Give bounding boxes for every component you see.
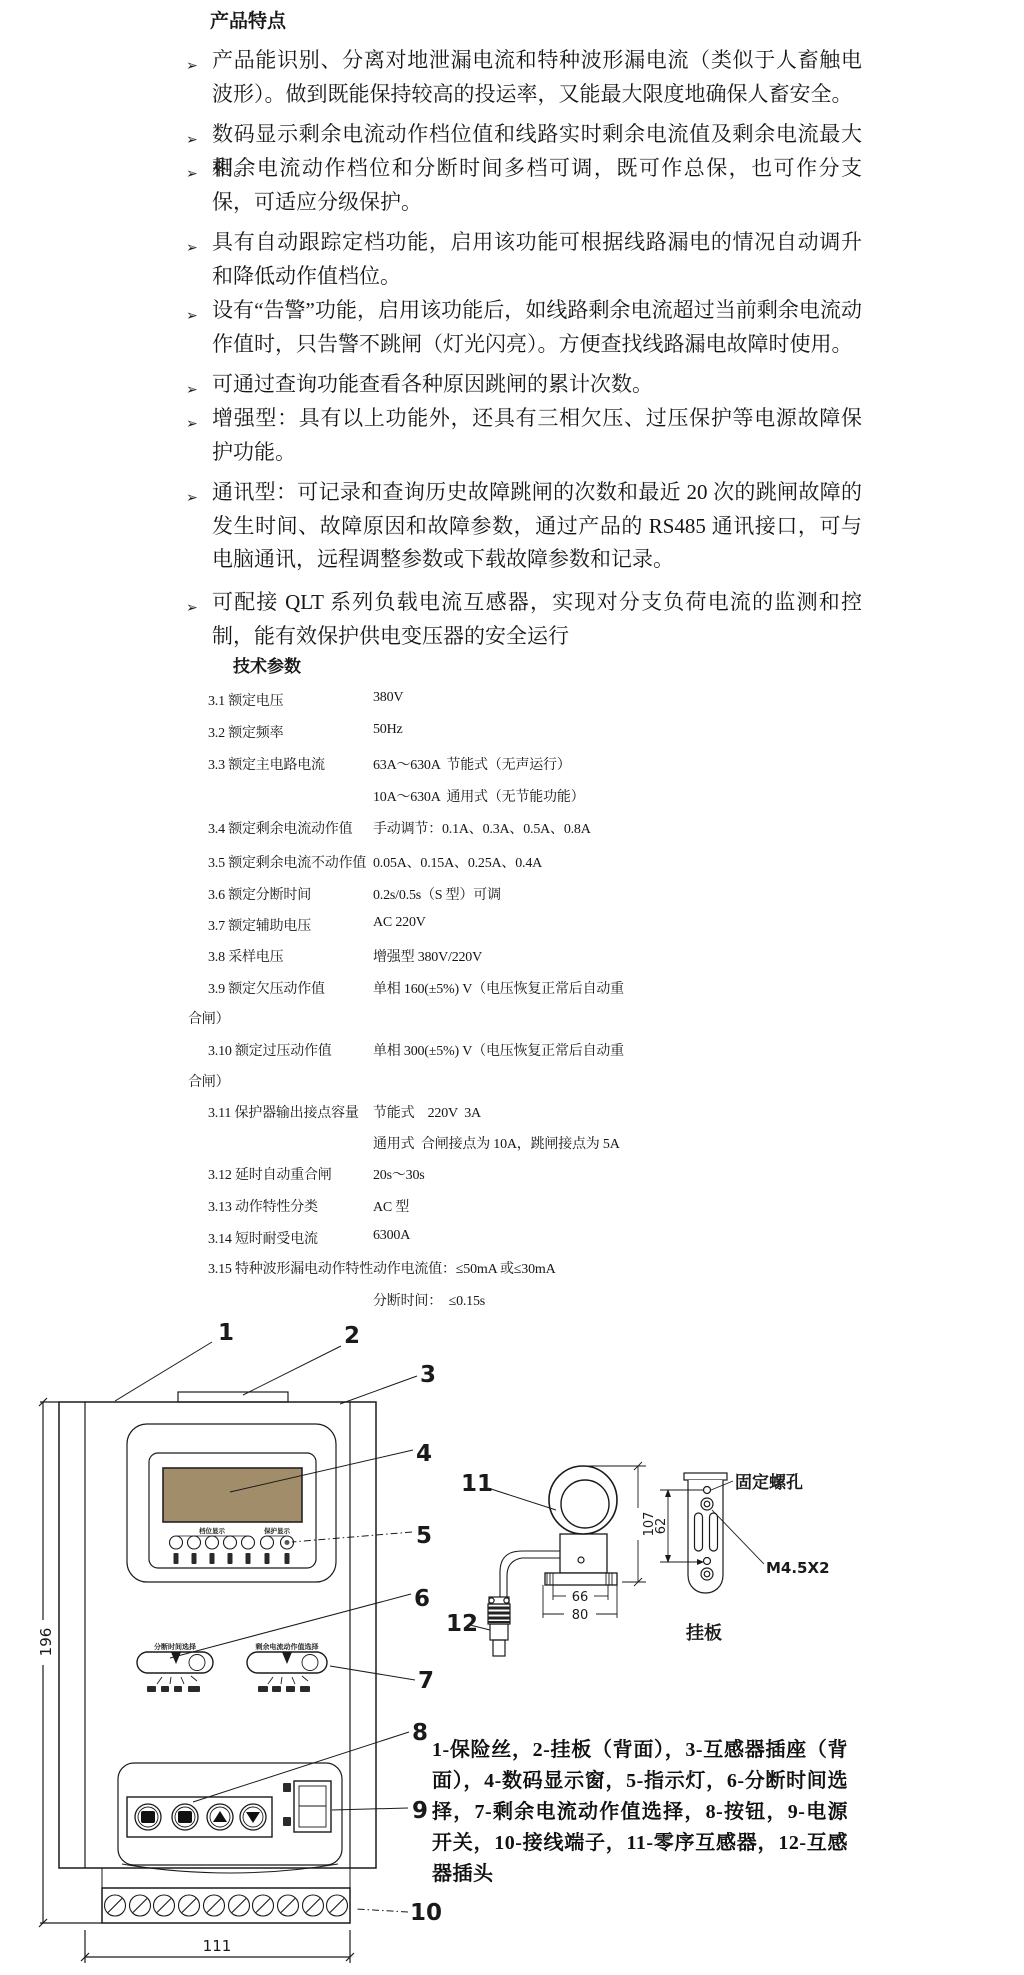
- feature-text: 剩余电流动作档位和分断时间多档可调，既可作总保，也可作分支保，可适应分级保护。: [212, 152, 862, 219]
- power-switch: [283, 1781, 331, 1832]
- terminal-screws: [105, 1895, 348, 1916]
- display-group-right-label: 保护显示: [264, 1526, 291, 1535]
- feature-text: 可配接 QLT 系列负载电流互感器，实现对分支负荷电流的监测和控制，能有效保护供…: [212, 586, 862, 653]
- feature-text: 通讯型：可记录和查询历史故障跳闸的次数和最近 20 次的跳闸故障的发生时间、故障…: [212, 476, 862, 577]
- param-row: 3.10 额定过压动作值单相 300(±5%) V（电压恢复正常后自动重: [0, 1040, 1024, 1070]
- switch-left-label: 分断时间选择: [153, 1642, 196, 1651]
- dim-hole-spacing: 62: [654, 1518, 669, 1535]
- param-value: 63A～630A 节能式（无声运行）: [373, 754, 571, 774]
- hanger-plate: 62 固定螺孔 M4.5X2 挂板: [654, 1472, 830, 1643]
- feature-item: ➢设有“告警”功能，启用该功能后，如线路剩余电流超过当前剩余电流动作值时，只告警…: [186, 294, 862, 361]
- param-row: 3.13 动作特性分类AC 型: [0, 1196, 1024, 1226]
- dim-device-height: 196: [37, 1628, 55, 1657]
- feature-text: 产品能识别、分离对地泄漏电流和特种波形漏电流（类似于人畜触电波形）。做到既能保持…: [212, 44, 862, 111]
- display-group-left-label: 档位显示: [199, 1526, 226, 1535]
- feature-item: ➢通讯型：可记录和查询历史故障跳闸的次数和最近 20 次的跳闸故障的发生时间、故…: [186, 476, 862, 577]
- feature-item: ➢可配接 QLT 系列负载电流互感器，实现对分支负荷电流的监测和控制，能有效保护…: [186, 586, 862, 653]
- param-value: 单相 300(±5%) V（电压恢复正常后自动重: [373, 1040, 624, 1060]
- callout-4: 4: [416, 1441, 432, 1467]
- terminal-block: [102, 1868, 350, 1923]
- param-label: 合闸）: [188, 1071, 229, 1091]
- residual-current-switch: 剩余电流动作值选择: [247, 1642, 327, 1692]
- param-label: 3.15 特种波形漏电动作特性: [208, 1258, 373, 1278]
- callout-5: 5: [416, 1523, 432, 1549]
- param-label: 3.12 延时自动重合闸: [208, 1164, 332, 1184]
- feature-item: ➢具有自动跟踪定档功能，启用该功能可根据线路漏电的情况自动调升和降低动作值档位。: [186, 226, 862, 293]
- param-row: 3.15 特种波形漏电动作特性动作电流值：≤50mA 或≤30mA: [0, 1258, 1024, 1288]
- param-value: AC 型: [373, 1196, 409, 1216]
- down-arrow-button-icon: [246, 1812, 260, 1823]
- param-row: 通用式 合闸接点为 10A，跳闸接点为 5A: [0, 1133, 1024, 1163]
- indicator-lights: [170, 1536, 294, 1549]
- param-row: 3.11 保护器输出接点容量节能式 220V 3A: [0, 1102, 1024, 1132]
- param-row: 3.4 额定剩余电流动作值手动调节：0.1A、0.3A、0.5A、0.8A: [0, 818, 1024, 848]
- param-row: 3.1 额定电压380V: [0, 690, 1024, 720]
- callout-11: 11: [461, 1471, 493, 1497]
- param-row: 3.14 短时耐受电流6300A: [0, 1228, 1024, 1258]
- callout-7: 7: [418, 1668, 434, 1694]
- bullet-arrow-icon: ➢: [186, 152, 212, 219]
- zero-sequence-transformer: 66 80 107: [488, 1462, 657, 1656]
- param-label: 3.4 额定剩余电流动作值: [208, 818, 352, 838]
- param-label: 3.7 额定辅助电压: [208, 915, 311, 935]
- callout-9: 9: [412, 1798, 428, 1824]
- feature-item: ➢剩余电流动作档位和分断时间多档可调，既可作总保，也可作分支保，可适应分级保护。: [186, 152, 862, 219]
- feature-text: 增强型：具有以上功能外，还具有三相欠压、过压保护等电源故障保护功能。: [212, 402, 862, 469]
- dim-device-width: 111: [203, 1937, 232, 1955]
- param-row-continuation: 合闸）: [0, 1071, 1024, 1101]
- param-label: 合闸）: [188, 1008, 229, 1028]
- screw-spec-label: M4.5X2: [766, 1559, 830, 1577]
- fixing-hole-label: 固定螺孔: [735, 1472, 803, 1492]
- diagram-legend: 1-保险丝，2-挂板（背面），3-互感器插座（背面），4-数码显示窗，5-指示灯…: [432, 1735, 848, 1890]
- param-label: 3.6 额定分断时间: [208, 884, 311, 904]
- param-value: 动作电流值：≤50mA 或≤30mA: [373, 1258, 556, 1278]
- param-label: 3.9 额定欠压动作值: [208, 978, 325, 998]
- param-value: 0.2s/0.5s（S 型）可调: [373, 884, 501, 904]
- param-row: 3.12 延时自动重合闸20s～30s: [0, 1164, 1024, 1194]
- param-label: 3.10 额定过压动作值: [208, 1040, 332, 1060]
- bullet-arrow-icon: ➢: [186, 402, 212, 469]
- transformer-plug: [488, 1597, 510, 1656]
- plate-label: 挂板: [685, 1622, 722, 1643]
- param-value: 分断时间： ≤0.15s: [373, 1290, 485, 1310]
- param-value: 20s～30s: [373, 1164, 425, 1184]
- light-caption-marks: [174, 1553, 290, 1564]
- bullet-arrow-icon: ➢: [186, 476, 212, 577]
- document-page: { "features": { "heading": "产品特点", "mark…: [0, 0, 1024, 1975]
- param-label: 3.14 短时耐受电流: [208, 1228, 318, 1248]
- param-label: 3.8 采样电压: [208, 946, 283, 966]
- feature-text: 具有自动跟踪定档功能，启用该功能可根据线路漏电的情况自动调升和降低动作值档位。: [212, 226, 862, 293]
- bullet-arrow-icon: ➢: [186, 586, 212, 653]
- param-value: 增强型 380V/220V: [373, 946, 482, 966]
- param-value: 0.05A、0.15A、0.25A、0.4A: [373, 852, 542, 872]
- param-label: 3.11 保护器输出接点容量: [208, 1102, 359, 1122]
- dim-ct-outer: 80: [572, 1608, 589, 1623]
- param-row: 3.7 额定辅助电压AC 220V: [0, 915, 1024, 945]
- param-row: 3.6 额定分断时间0.2s/0.5s（S 型）可调: [0, 884, 1024, 914]
- param-label: 3.1 额定电压: [208, 690, 283, 710]
- params-heading: 技术参数: [233, 652, 301, 677]
- param-row-continuation: 合闸）: [0, 1008, 1024, 1038]
- param-value: 6300A: [373, 1228, 410, 1244]
- param-label: 3.5 额定剩余电流不动作值: [208, 852, 366, 872]
- digital-display-window: [163, 1468, 302, 1522]
- param-row: 分断时间： ≤0.15s: [0, 1290, 1024, 1320]
- up-arrow-button-icon: [213, 1811, 227, 1822]
- param-row: 10A～630A 通用式（无节能功能）: [0, 786, 1024, 816]
- callout-3: 3: [420, 1362, 436, 1388]
- param-row: 3.3 额定主电路电流63A～630A 节能式（无声运行）: [0, 754, 1024, 784]
- bullet-arrow-icon: ➢: [186, 294, 212, 361]
- param-row: 3.5 额定剩余电流不动作值0.05A、0.15A、0.25A、0.4A: [0, 852, 1024, 882]
- param-value: 单相 160(±5%) V（电压恢复正常后自动重: [373, 978, 624, 998]
- dim-ct-inner: 66: [572, 1590, 589, 1605]
- param-value: 380V: [373, 690, 403, 706]
- feature-text: 设有“告警”功能，启用该功能后，如线路剩余电流超过当前剩余电流动作值时，只告警不…: [212, 294, 862, 361]
- param-label: 3.2 额定频率: [208, 722, 283, 742]
- callout-1: 1: [218, 1320, 234, 1346]
- param-row: 3.8 采样电压增强型 380V/220V: [0, 946, 1024, 976]
- param-row: 3.9 额定欠压动作值单相 160(±5%) V（电压恢复正常后自动重: [0, 978, 1024, 1008]
- param-value: AC 220V: [373, 915, 426, 931]
- param-value: 节能式 220V 3A: [373, 1102, 481, 1122]
- bullet-arrow-icon: ➢: [186, 226, 212, 293]
- param-value: 手动调节：0.1A、0.3A、0.5A、0.8A: [373, 818, 591, 838]
- callout-8: 8: [412, 1720, 428, 1746]
- param-row: 3.2 额定频率50Hz: [0, 722, 1024, 752]
- param-value: 10A～630A 通用式（无节能功能）: [373, 786, 584, 806]
- callout-2: 2: [344, 1323, 360, 1349]
- callout-12: 12: [446, 1611, 478, 1637]
- device-front-view: 196 档位显示 保护显示: [37, 1392, 376, 1963]
- param-label: 3.13 动作特性分类: [208, 1196, 318, 1216]
- param-value: 50Hz: [373, 722, 403, 738]
- switch-right-label: 剩余电流动作值选择: [255, 1642, 319, 1651]
- param-label: 3.3 额定主电路电流: [208, 754, 325, 774]
- feature-item: ➢产品能识别、分离对地泄漏电流和特种波形漏电流（类似于人畜触电波形）。做到既能保…: [186, 44, 862, 111]
- callout-10: 10: [410, 1900, 442, 1926]
- push-buttons: [135, 1804, 266, 1830]
- feature-item: ➢增强型：具有以上功能外，还具有三相欠压、过压保护等电源故障保护功能。: [186, 402, 862, 469]
- features-heading: 产品特点: [210, 6, 286, 33]
- bullet-arrow-icon: ➢: [186, 44, 212, 111]
- param-value: 通用式 合闸接点为 10A，跳闸接点为 5A: [373, 1133, 620, 1153]
- callout-6: 6: [414, 1586, 430, 1612]
